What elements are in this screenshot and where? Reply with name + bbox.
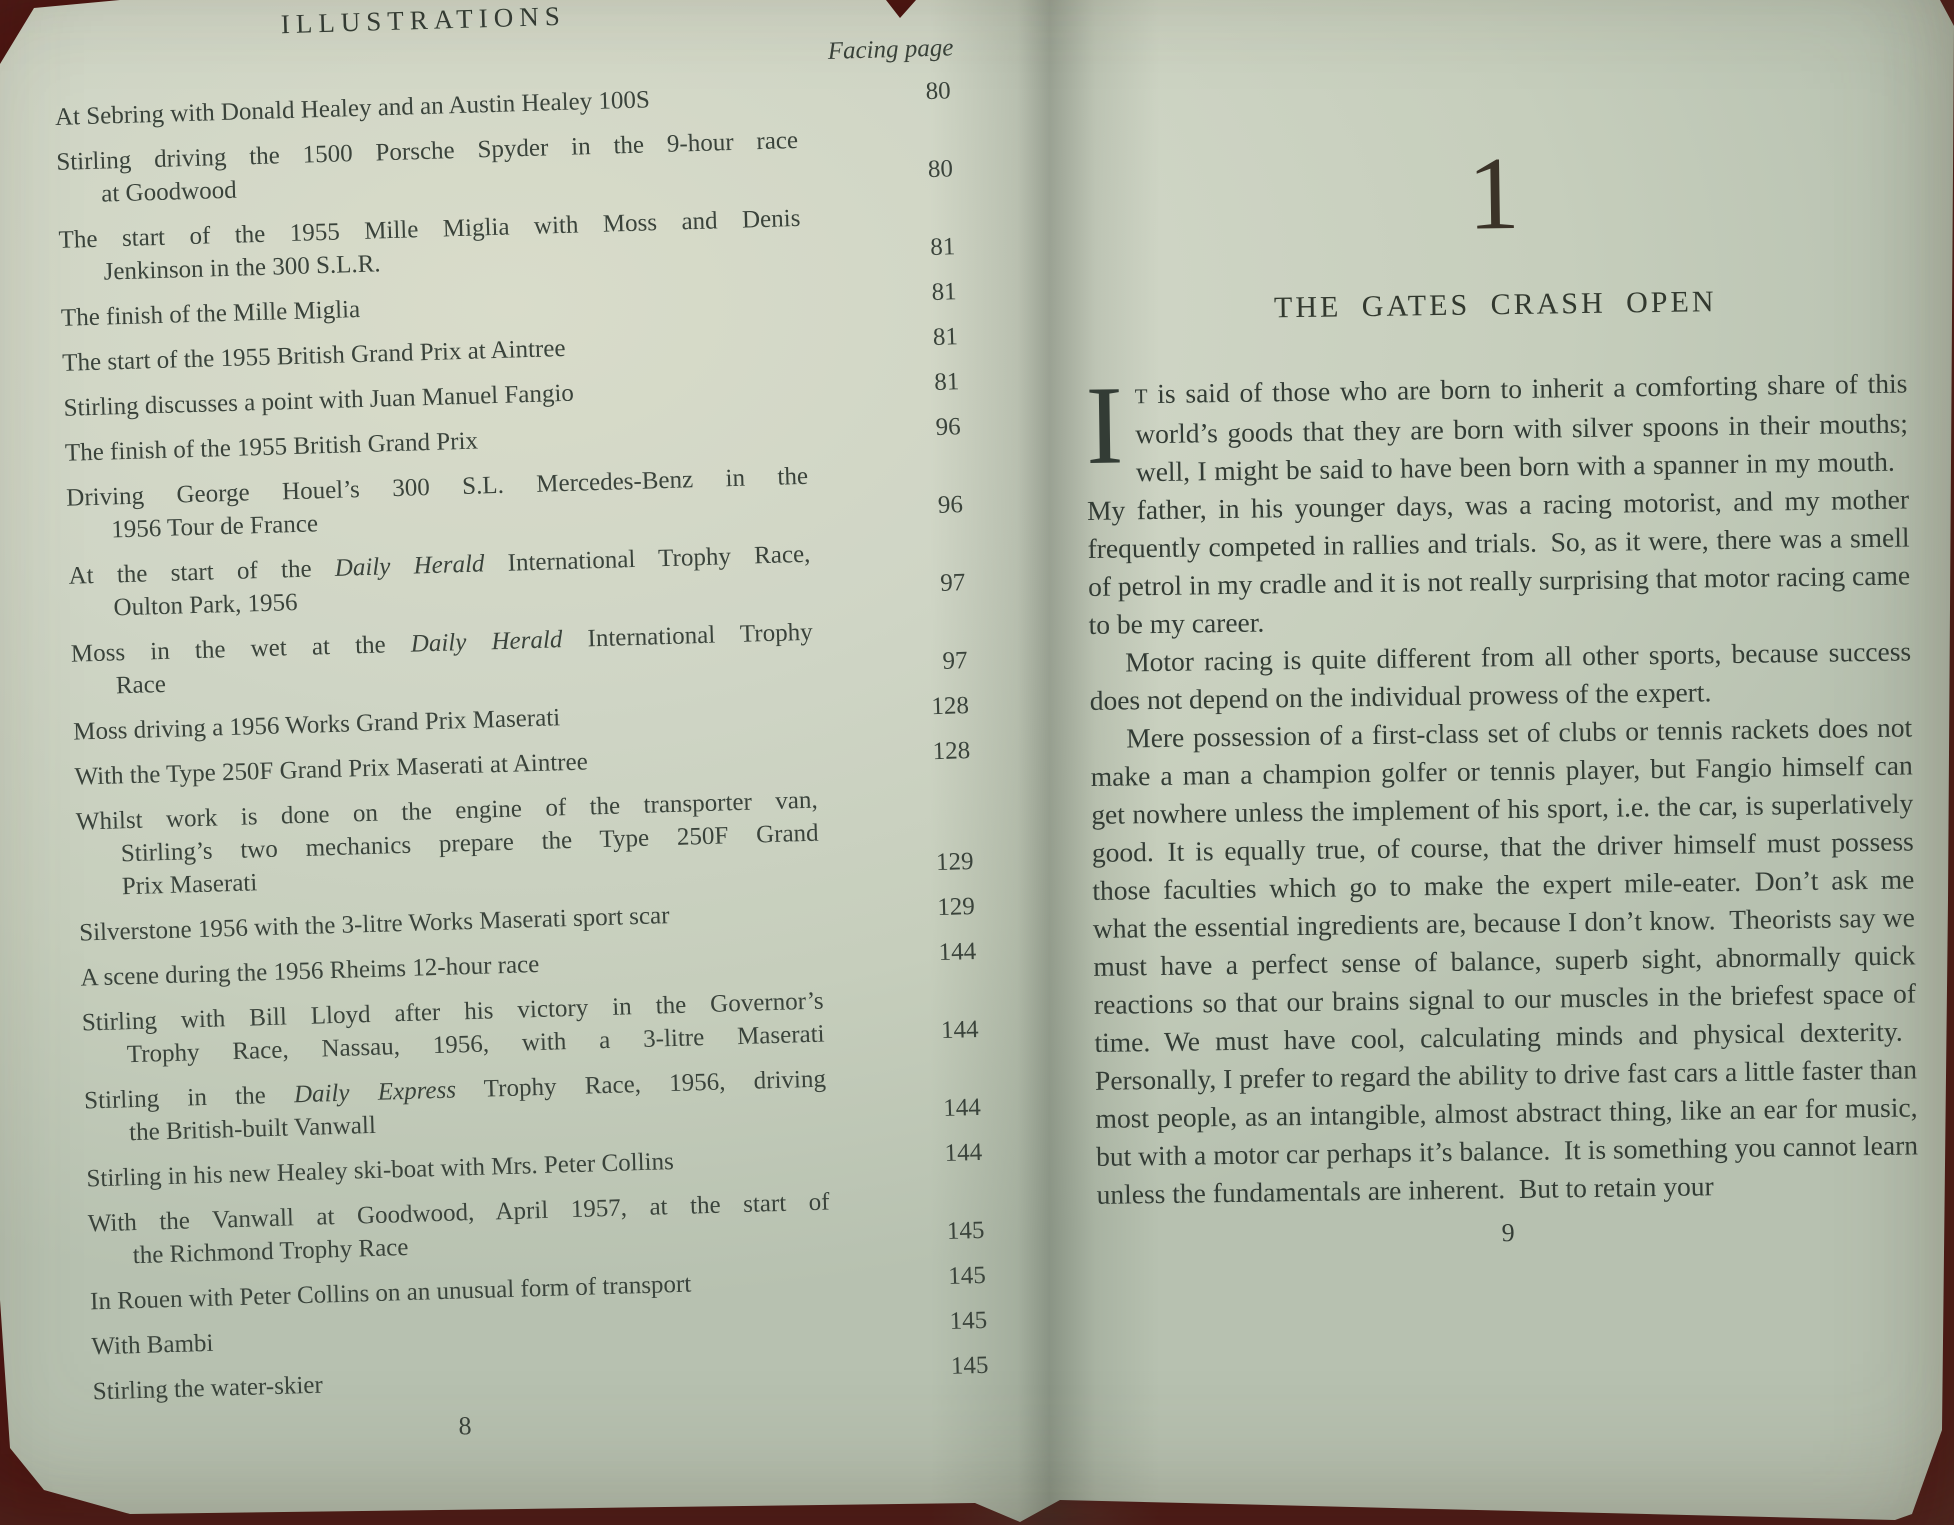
- illustration-entry: Whilst work is done on the engine of the…: [75, 779, 978, 905]
- illustration-caption: With the Type 250F Grand Prix Maserati a…: [74, 739, 817, 794]
- facing-page-value: 129: [820, 890, 979, 928]
- body-paragraph: Mere possession of a first-class set of …: [1090, 708, 1919, 1213]
- caption-segment: The finish of the 1955 British Grand Pri…: [65, 428, 479, 467]
- illustration-caption: Moss in the wet at the Daily Herald Inte…: [70, 616, 814, 704]
- caption-segment: A scene during the 1956 Rheims 12-hour r…: [80, 951, 540, 992]
- facing-page-value: 128: [814, 689, 973, 727]
- caption-segment: The finish of the Mille Miglia: [61, 296, 361, 332]
- caption-line: The start of the 1955 British Grand Prix…: [62, 325, 805, 380]
- illustration-caption: The start of the 1955 British Grand Prix…: [62, 325, 805, 380]
- illustration-caption: The start of the 1955 Mille Miglia with …: [58, 202, 802, 290]
- right-page-chapter: 1 THE GATES CRASH OPEN IT is said of tho…: [1082, 137, 1919, 1254]
- caption-segment: at Goodwood: [101, 177, 237, 208]
- caption-segment: Jenkinson in the 300 S.L.R.: [103, 250, 381, 285]
- caption-line: Stirling in his new Healey ski-boat with…: [86, 1140, 829, 1195]
- caption-segment: Stirling discusses a point with Juan Man…: [63, 380, 574, 422]
- facing-page-value: 81: [802, 275, 961, 313]
- caption-segment: Moss in the wet at the: [71, 631, 412, 668]
- illustration-caption: Stirling driving the 1500 Porsche Spyder…: [56, 124, 800, 212]
- caption-line: A scene during the 1956 Rheims 12-hour r…: [80, 940, 823, 995]
- caption-segment: Stirling the water-skier: [92, 1372, 323, 1406]
- illustration-caption: In Rouen with Peter Collins on an unusua…: [90, 1263, 833, 1318]
- illustration-caption: With Bambi: [91, 1308, 834, 1363]
- caption-segment: Stirling in his new Healey ski-boat with…: [86, 1148, 674, 1192]
- facing-page-value: 80: [796, 74, 955, 112]
- facing-page-value: 145: [833, 1304, 992, 1342]
- caption-line: With Bambi: [91, 1308, 834, 1363]
- body-paragraph: Motor racing is quite different from all…: [1089, 632, 1912, 719]
- caption-segment: In Rouen with Peter Collins on an unusua…: [90, 1271, 692, 1316]
- caption-segment: At Sebring with Donald Healey and an Aus…: [55, 86, 651, 131]
- illustration-caption: Stirling discusses a point with Juan Man…: [63, 370, 806, 425]
- illustration-entry: Stirling in the Daily Express Trophy Rac…: [84, 1058, 986, 1151]
- illustration-caption: A scene during the 1956 Rheims 12-hour r…: [80, 940, 823, 995]
- chapter-number: 1: [1082, 137, 1905, 252]
- illustration-entry: Driving George Houel’s 300 S.L. Mercedes…: [66, 455, 968, 548]
- facing-page-value: 144: [824, 1013, 983, 1051]
- facing-page-value: 145: [830, 1214, 989, 1252]
- caption-segment: International Trophy Race,: [484, 541, 811, 578]
- chapter-title: THE GATES CRASH OPEN: [1084, 283, 1906, 328]
- caption-line: Moss driving a 1956 Works Grand Prix Mas…: [73, 694, 816, 749]
- caption-segment: With the Type 250F Grand Prix Maserati a…: [74, 748, 588, 790]
- illustrations-list: At Sebring with Donald Healey and an Aus…: [55, 74, 993, 1408]
- facing-page-value: 81: [803, 320, 962, 358]
- caption-segment: The start of the 1955 British Grand Prix…: [62, 335, 566, 377]
- facing-page-value: 96: [806, 410, 965, 448]
- caption-line: Stirling the water-skier: [92, 1353, 835, 1408]
- illustration-caption: The finish of the 1955 British Grand Pri…: [64, 415, 807, 470]
- lead-capital: T: [1135, 384, 1148, 408]
- facing-page-value: 81: [801, 230, 960, 268]
- facing-page-value: 129: [819, 845, 978, 883]
- caption-line: At Sebring with Donald Healey and an Aus…: [55, 79, 798, 134]
- illustration-caption: Stirling the water-skier: [92, 1353, 835, 1408]
- facing-page-value: 145: [834, 1349, 993, 1387]
- illustration-entry: The start of the 1955 Mille Miglia with …: [58, 197, 960, 290]
- illustration-caption: The finish of the Mille Miglia: [60, 280, 803, 335]
- caption-segment: International Trophy: [562, 619, 813, 653]
- illustration-entry: Stirling driving the 1500 Porsche Spyder…: [56, 119, 958, 212]
- caption-line: The finish of the 1955 British Grand Pri…: [64, 415, 807, 470]
- facing-page-value: 144: [828, 1136, 987, 1174]
- illustration-caption: Whilst work is done on the engine of the…: [75, 784, 820, 905]
- caption-line: With the Type 250F Grand Prix Maserati a…: [74, 739, 817, 794]
- facing-page-value: 145: [831, 1259, 990, 1297]
- illustration-entry: With the Vanwall at Goodwood, April 1957…: [87, 1181, 989, 1274]
- illustration-caption: Stirling with Bill Lloyd after his victo…: [81, 985, 825, 1073]
- facing-page-value: 144: [822, 935, 981, 973]
- caption-segment: Prix Maserati: [121, 869, 257, 900]
- facing-page-value: 96: [808, 488, 967, 526]
- illustration-entry: Stirling with Bill Lloyd after his victo…: [81, 980, 983, 1073]
- caption-line: Silverstone 1956 with the 3-litre Works …: [79, 895, 822, 950]
- caption-segment: Silverstone 1956 with the 3-litre Works …: [79, 902, 670, 947]
- caption-segment: the British-built Vanwall: [129, 1112, 376, 1146]
- caption-segment: 1956 Tour de France: [111, 510, 318, 543]
- illustration-caption: Driving George Houel’s 300 S.L. Mercedes…: [66, 460, 810, 548]
- facing-page-value: 81: [805, 365, 964, 403]
- illustration-entry: Moss in the wet at the Daily Herald Inte…: [70, 611, 972, 704]
- caption-line: Stirling discusses a point with Juan Man…: [63, 370, 806, 425]
- illustration-entry: At the start of the Daily Herald Interna…: [68, 533, 970, 626]
- illustration-caption: Moss driving a 1956 Works Grand Prix Mas…: [73, 694, 816, 749]
- illustration-caption: With the Vanwall at Goodwood, April 1957…: [87, 1185, 831, 1273]
- illustration-caption: Silverstone 1956 with the 3-litre Works …: [79, 895, 822, 950]
- chapter-body: IT is said of those who are born to inhe…: [1085, 365, 1919, 1214]
- facing-page-value: 80: [799, 152, 958, 190]
- facing-page-value: 97: [811, 566, 970, 604]
- illustration-caption: At the start of the Daily Herald Interna…: [68, 538, 812, 626]
- illustration-caption: Stirling in his new Healey ski-boat with…: [86, 1140, 829, 1195]
- illustration-caption: At Sebring with Donald Healey and an Aus…: [55, 79, 798, 134]
- facing-page-value: 144: [826, 1091, 985, 1129]
- caption-italic-segment: Daily Herald: [334, 550, 484, 581]
- caption-segment: At the start of the: [68, 555, 335, 590]
- illustration-caption: Stirling in the Daily Express Trophy Rac…: [84, 1063, 828, 1151]
- caption-line: The finish of the Mille Miglia: [60, 280, 803, 335]
- drop-cap: I: [1085, 375, 1136, 488]
- caption-segment: With Bambi: [91, 1330, 214, 1361]
- facing-page-value: 97: [813, 644, 972, 682]
- caption-italic-segment: Daily Herald: [410, 626, 562, 657]
- facing-page-value: 128: [816, 734, 975, 772]
- caption-line: In Rouen with Peter Collins on an unusua…: [90, 1263, 833, 1318]
- caption-segment: Oulton Park, 1956: [113, 589, 298, 621]
- caption-segment: the Richmond Trophy Race: [132, 1234, 408, 1269]
- body-paragraph: IT is said of those who are born to inhe…: [1085, 365, 1911, 644]
- left-page-illustrations: ILLUSTRATIONS Facing page At Sebring wit…: [52, 0, 994, 1452]
- caption-segment: Moss driving a 1956 Works Grand Prix Mas…: [73, 704, 561, 745]
- caption-segment: Race: [116, 671, 167, 699]
- caption-segment: Stirling in the: [84, 1081, 295, 1114]
- book-photo: ILLUSTRATIONS Facing page At Sebring wit…: [0, 0, 1954, 1525]
- caption-italic-segment: Daily Express: [294, 1076, 457, 1108]
